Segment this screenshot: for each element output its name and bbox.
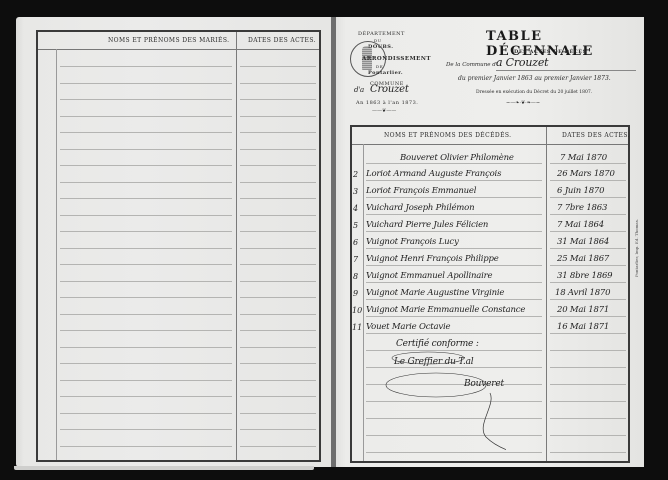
ruled-line — [366, 299, 542, 300]
ruled-line — [240, 165, 316, 166]
left-page: Noms et prénoms des mariés. Dates des ac… — [16, 17, 331, 467]
commune-line-prefix: De la Commune d' — [446, 62, 497, 68]
ruled-line — [550, 180, 626, 181]
entry-number: 3 — [353, 187, 358, 196]
signature-paraph-icon — [366, 365, 506, 455]
entry-date: 7 Mai 1864 — [557, 220, 604, 230]
entry-number: 4 — [353, 204, 358, 213]
arrondissement-of: de — [376, 64, 383, 69]
department-label: Département — [358, 31, 405, 37]
ornament: ~—❧·❦·❧—~ — [506, 100, 540, 106]
column-divider — [236, 32, 237, 460]
ruled-line — [60, 363, 232, 364]
entry-name: Vuignot Emmanuel Apollinaire — [366, 271, 492, 281]
deaths-table: Noms et prénoms des décédés. Dates des a… — [350, 125, 630, 463]
entry-name: Vuignot François Lucy — [366, 237, 459, 247]
period-line: du premier Janvier 1863 au premier Janvi… — [458, 75, 611, 82]
ruled-line — [60, 66, 232, 67]
certification-text: Certifié conforme : — [396, 339, 479, 349]
ruled-line — [240, 231, 316, 232]
ruled-line — [366, 265, 542, 266]
commune-underline — [496, 70, 636, 71]
marriages-table: Noms et prénoms des mariés. Dates des ac… — [36, 30, 321, 462]
entry-date: 7 Mai 1870 — [560, 153, 607, 163]
ruled-line — [240, 413, 316, 414]
table-header: Noms et prénoms des décédés. Dates des a… — [352, 127, 628, 145]
entry-name: Loriot Armand Auguste François — [366, 169, 501, 179]
ruled-line — [240, 132, 316, 133]
ruled-line — [550, 248, 626, 249]
entry-name: Bouveret Olivier Philomène — [400, 153, 514, 163]
ruled-line — [240, 66, 316, 67]
ruled-line — [60, 314, 232, 315]
names-column-header: Noms et prénoms des mariés. — [108, 37, 229, 44]
ruled-line — [240, 363, 316, 364]
arrondissement-name: Pontarlier. — [368, 70, 403, 76]
ruled-line — [550, 299, 626, 300]
entry-number: 8 — [353, 272, 358, 281]
ruled-line — [240, 396, 316, 397]
ruled-line — [60, 396, 232, 397]
ruled-line — [240, 83, 316, 84]
ruled-line — [550, 231, 626, 232]
ruled-line — [366, 282, 542, 283]
entry-date: 6 Juin 1870 — [557, 186, 604, 196]
ruled-line — [240, 330, 316, 331]
ruled-line — [366, 197, 542, 198]
ruled-line — [60, 99, 232, 100]
entry-number: 6 — [353, 238, 358, 247]
ruled-line — [60, 264, 232, 265]
entry-number: 5 — [353, 221, 358, 230]
decree-line: Dressée en exécution du Décret du 20 jui… — [476, 90, 592, 95]
ruled-line — [550, 350, 626, 351]
entry-name: Vuignot Marie Emmanuelle Constance — [366, 305, 525, 315]
ruled-line — [240, 149, 316, 150]
entry-name: Vuignot Henri François Philippe — [366, 254, 499, 264]
ruled-line — [240, 314, 316, 315]
entry-number: 2 — [353, 170, 358, 179]
ruled-line — [550, 401, 626, 402]
ruled-line — [60, 297, 232, 298]
table-header: Noms et prénoms des mariés. Dates des ac… — [38, 32, 319, 50]
ruled-line — [366, 248, 542, 249]
names-column-header: Noms et prénoms des décédés. — [384, 132, 511, 139]
ruled-line — [366, 231, 542, 232]
ruled-line — [550, 333, 626, 334]
entry-date: 31 Mai 1864 — [557, 237, 609, 247]
ruled-line — [60, 413, 232, 414]
ruled-line — [366, 333, 542, 334]
ruled-line — [60, 248, 232, 249]
ruled-line — [240, 281, 316, 282]
entry-name: Vuignot Marie Augustine Virginie — [366, 288, 504, 298]
ruled-line — [550, 265, 626, 266]
entry-name: Vuichard Joseph Philémon — [366, 203, 474, 213]
entry-number: 11 — [352, 323, 362, 332]
ruled-line — [550, 384, 626, 385]
ruled-line — [60, 281, 232, 282]
ruled-line — [60, 132, 232, 133]
entry-name: Loriot François Emmanuel — [366, 186, 476, 196]
ruled-line — [60, 446, 232, 447]
ruled-line — [550, 452, 626, 453]
entry-date: 25 Mai 1867 — [557, 254, 609, 264]
entry-name: Vouet Marie Octavie — [366, 322, 450, 332]
ruled-line — [366, 214, 542, 215]
ruled-line — [240, 347, 316, 348]
entry-name: Vuichard Pierre Jules Félicien — [366, 220, 488, 230]
margin-line — [56, 49, 57, 460]
ruled-line — [240, 198, 316, 199]
ruled-line — [240, 116, 316, 117]
ruled-line — [550, 197, 626, 198]
ruled-line — [550, 214, 626, 215]
ruled-line — [60, 149, 232, 150]
ruled-line — [366, 163, 542, 164]
years-range: An 1863 à l'an 1873. — [356, 100, 418, 106]
ruled-line — [240, 429, 316, 430]
printer-mark: Pontarlier, Imp. Ed. Thomas. — [634, 219, 639, 277]
commune-line-handwritten: a Crouzet — [496, 56, 548, 69]
ruled-line — [60, 182, 232, 183]
dates-column-header: Dates des actes. — [562, 132, 630, 139]
column-divider — [546, 127, 547, 461]
ruled-line — [60, 215, 232, 216]
entry-date: 31 8bre 1869 — [557, 271, 612, 281]
arrondissement-label: Arrondissement — [362, 56, 431, 62]
margin-line — [363, 144, 364, 461]
commune-prefix: d'a — [354, 86, 364, 94]
ruled-line — [550, 163, 626, 164]
entry-date: 7 7bre 1863 — [557, 203, 607, 213]
ruled-line — [240, 297, 316, 298]
entry-date: 18 Avril 1870 — [555, 288, 610, 298]
document-subtitle: des actes de décès — [514, 49, 587, 55]
ruled-line — [60, 165, 232, 166]
ruled-line — [240, 215, 316, 216]
ruled-line — [366, 316, 542, 317]
commune-name-handwritten: Crouzet — [370, 84, 409, 95]
entry-date: 26 Mars 1870 — [557, 169, 615, 179]
ruled-line — [60, 83, 232, 84]
ruled-line — [550, 282, 626, 283]
ruled-line — [60, 347, 232, 348]
entry-number: 7 — [353, 255, 358, 264]
ruled-line — [240, 99, 316, 100]
entry-date: 16 Mai 1871 — [557, 322, 609, 332]
ruled-line — [550, 316, 626, 317]
ruled-line — [550, 367, 626, 368]
ruled-line — [60, 116, 232, 117]
ruled-line — [240, 248, 316, 249]
ruled-line — [60, 231, 232, 232]
ruled-line — [60, 330, 232, 331]
ruled-line — [366, 180, 542, 181]
ruled-line — [550, 435, 626, 436]
ruled-line — [240, 380, 316, 381]
ruled-line — [60, 198, 232, 199]
entry-number: 9 — [353, 289, 358, 298]
entry-date: 20 Mai 1871 — [557, 305, 609, 315]
ruled-line — [60, 429, 232, 430]
ruled-line — [550, 418, 626, 419]
ruled-line — [240, 264, 316, 265]
ruled-line — [60, 380, 232, 381]
entry-number: 10 — [352, 306, 362, 315]
flourish: ——❦—— — [372, 108, 396, 114]
ruled-line — [240, 446, 316, 447]
right-page: Département du Doubs. Arrondissement de … — [336, 17, 644, 467]
dates-column-header: Dates des actes. — [248, 37, 316, 44]
ruled-line — [240, 182, 316, 183]
